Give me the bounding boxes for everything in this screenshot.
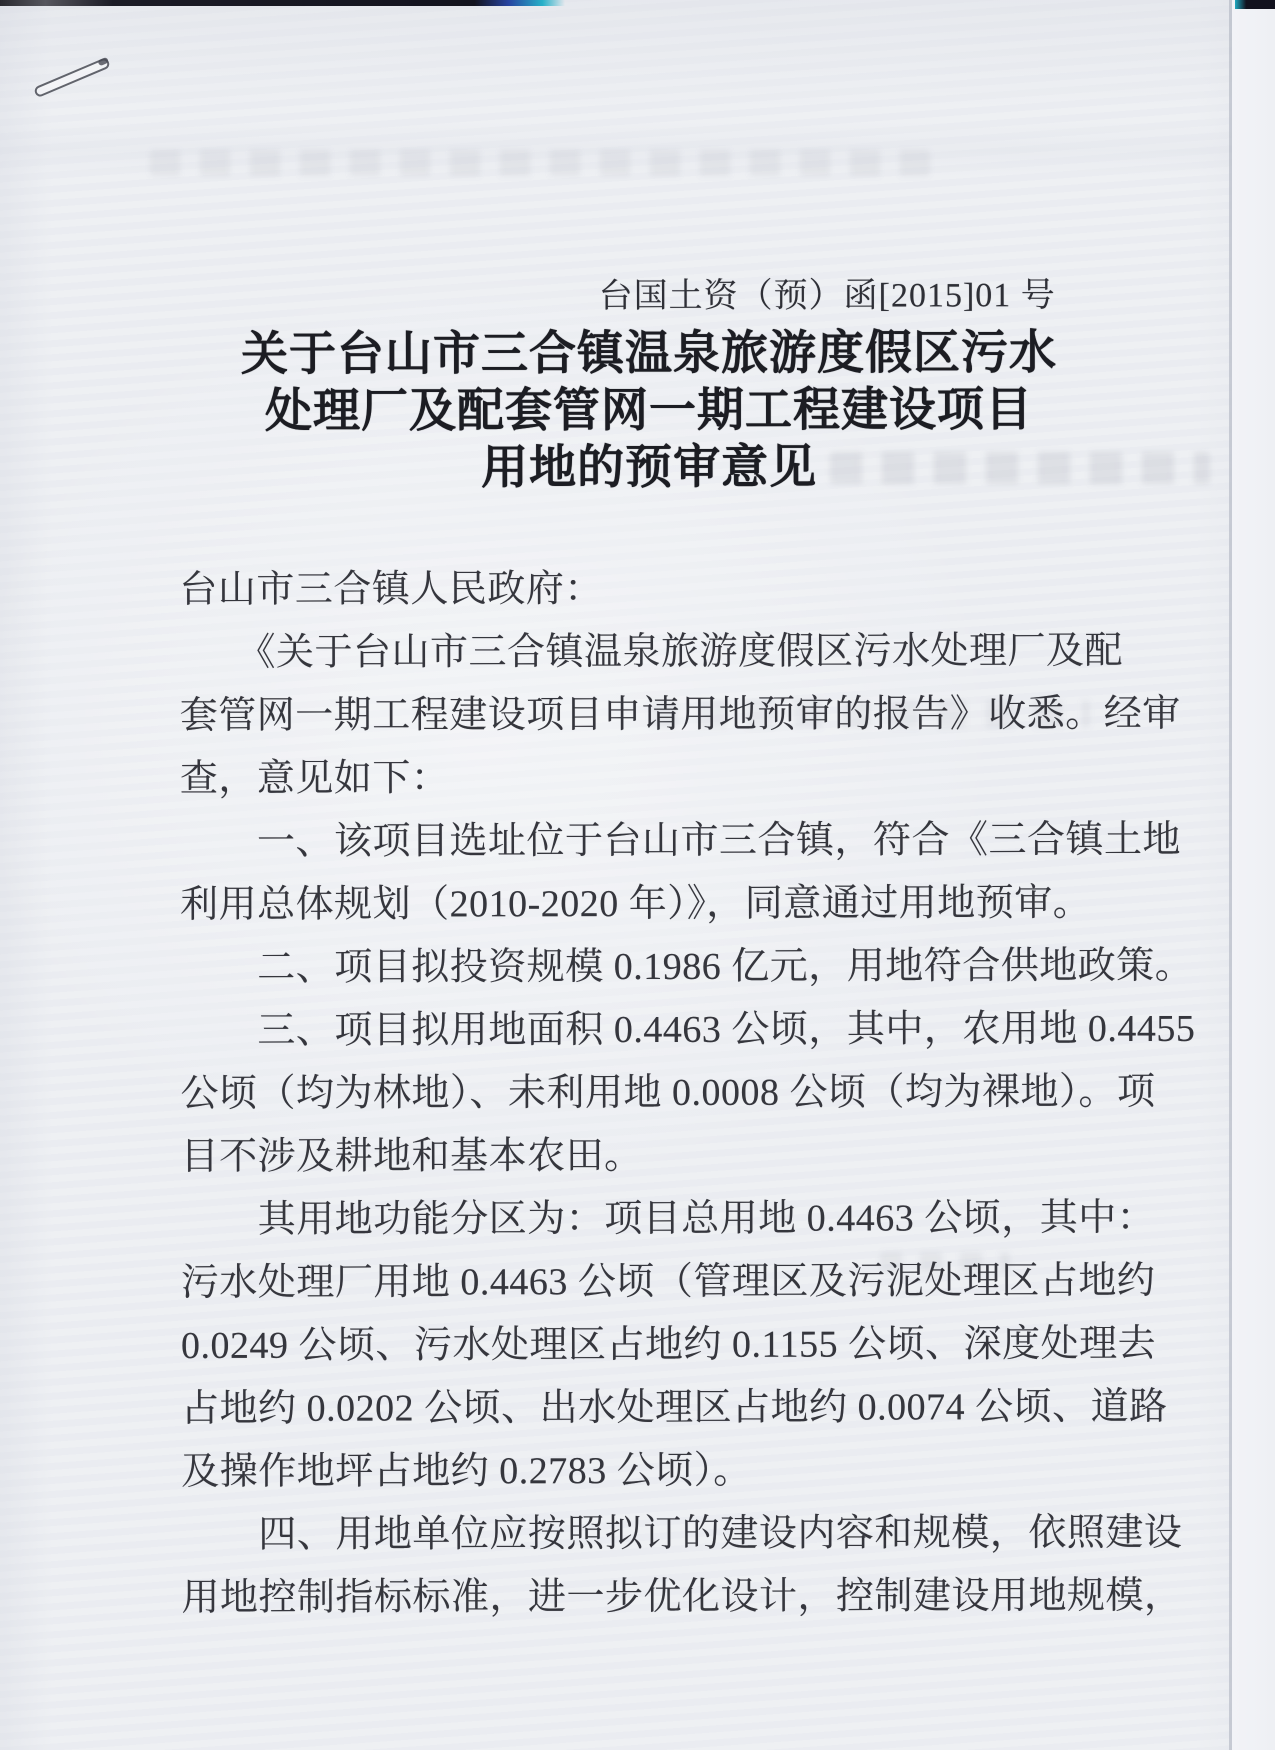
body-line: 台山市三合镇人民政府： <box>179 557 1139 622</box>
body-line: 《关于台山市三合镇温泉旅游度假区污水处理厂及配 <box>179 620 1139 685</box>
body-line: 一、该项目选址位于台山市三合镇，符合《三合镇土地 <box>180 809 1140 874</box>
document-title-line-2: 处理厂及配套管网一期工程建设项目 <box>174 382 1124 441</box>
body-line: 0.0249 公顷、污水处理区占地约 0.1155 公顷、深度处理去 <box>181 1313 1141 1378</box>
body-line: 二、项目拟投资规模 0.1986 亿元，用地符合供地政策。 <box>180 935 1140 1000</box>
document-number: 台国土资（预）函[2015]01 号 <box>599 277 1056 316</box>
body-line: 套管网一期工程建设项目申请用地预审的报告》收悉。经审 <box>180 683 1140 748</box>
body-line: 查，意见如下： <box>180 746 1140 811</box>
body-line: 其用地功能分区为：项目总用地 0.4463 公顷，其中： <box>181 1187 1141 1252</box>
body-line: 占地约 0.0202 公顷、出水处理区占地约 0.0074 公顷、道路 <box>181 1376 1141 1441</box>
document-content: 台国土资（预）函[2015]01 号 关于台山市三合镇温泉旅游度假区污水 处理厂… <box>0 0 1275 1750</box>
body-line: 目不涉及耕地和基本农田。 <box>181 1124 1141 1189</box>
document-title-line-1: 关于台山市三合镇温泉旅游度假区污水 <box>174 325 1124 384</box>
document-title-line-3: 用地的预审意见 <box>174 439 1124 498</box>
body-line: 公顷（均为林地）、未利用地 0.0008 公顷（均为裸地）。项 <box>180 1061 1140 1126</box>
body-line: 利用总体规划（2010-2020 年）》，同意通过用地预审。 <box>180 872 1140 937</box>
document-body: 台山市三合镇人民政府： 《关于台山市三合镇温泉旅游度假区污水处理厂及配套管网一期… <box>179 557 1141 1630</box>
scanned-document-page: 台国土资（预）函[2015]01 号 关于台山市三合镇温泉旅游度假区污水 处理厂… <box>0 0 1275 1750</box>
body-line: 四、用地单位应按照拟订的建设内容和规模，依照建设 <box>181 1502 1141 1567</box>
document-title: 关于台山市三合镇温泉旅游度假区污水 处理厂及配套管网一期工程建设项目 用地的预审… <box>174 325 1124 498</box>
body-line: 及操作地坪占地约 0.2783 公顷）。 <box>181 1439 1141 1504</box>
body-line: 用地控制指标标准，进一步优化设计，控制建设用地规模， <box>181 1565 1141 1630</box>
body-line: 三、项目拟用地面积 0.4463 公顷，其中，农用地 0.4455 <box>180 998 1140 1063</box>
body-line: 污水处理厂用地 0.4463 公顷（管理区及污泥处理区占地约 <box>181 1250 1141 1315</box>
